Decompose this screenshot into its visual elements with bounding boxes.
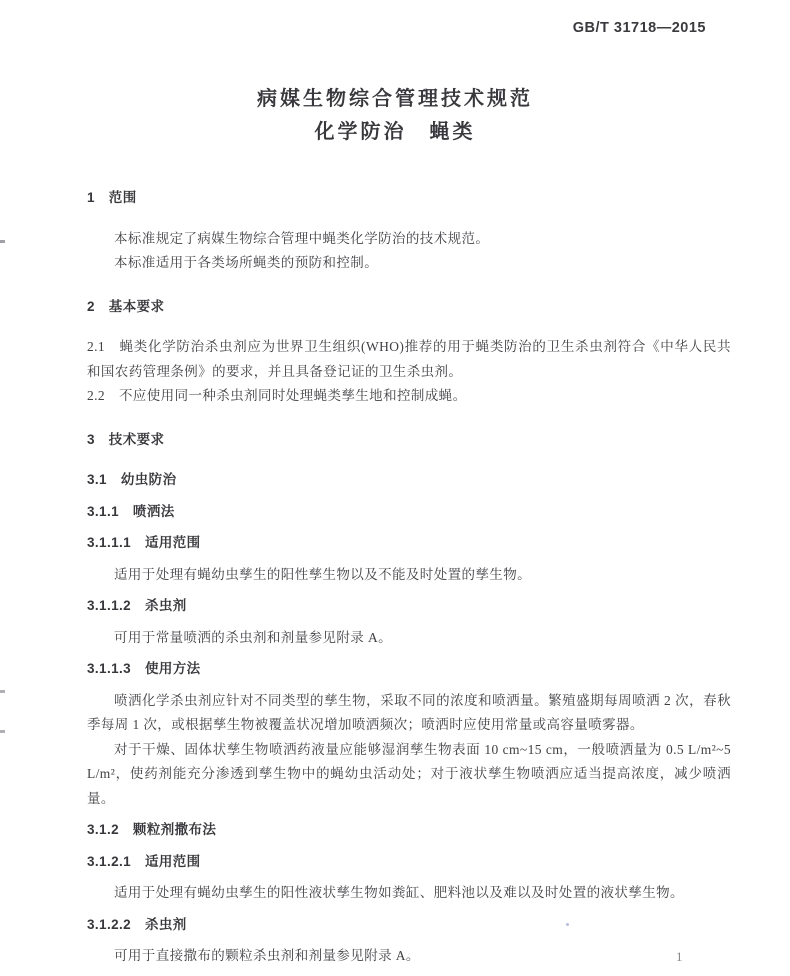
heading-3-1-larva-control: 3.1 幼虫防治	[87, 468, 731, 493]
para-3-1-1-1: 适用于处理有蝇幼虫孳生的阳性孳生物以及不能及时处置的孳生物。	[87, 563, 731, 588]
scan-artifact	[0, 730, 5, 733]
para-3-1-1-2: 可用于常量喷洒的杀虫剂和剂量参见附录 A。	[87, 626, 731, 651]
doc-title: 病媒生物综合管理技术规范	[0, 86, 790, 112]
scan-artifact	[0, 690, 5, 693]
heading-3-1-1-2-insecticide: 3.1.1.2 杀虫剂	[87, 594, 731, 619]
para-3-1-2-1: 适用于处理有蝇幼虫孳生的阳性液状孳生物如粪缸、肥料池以及难以及时处置的液状孳生物…	[87, 881, 731, 906]
heading-1-scope: 1 范围	[87, 186, 731, 211]
para-3-1-1-3-b: 对于干燥、固体状孳生物喷洒药液量应能够湿润孳生物表面 10 cm~15 cm，一…	[87, 738, 731, 812]
para-scope-2: 本标准适用于各类场所蝇类的预防和控制。	[87, 251, 731, 276]
para-scope-1: 本标准规定了病媒生物综合管理中蝇类化学防治的技术规范。	[87, 227, 731, 252]
para-2-2: 2.2 不应使用同一种杀虫剂同时处理蝇类孳生地和控制成蝇。	[87, 384, 731, 409]
heading-3-1-1-3-usage: 3.1.1.3 使用方法	[87, 657, 731, 682]
heading-2-basic-requirements: 2 基本要求	[87, 295, 731, 320]
scan-artifact	[0, 240, 5, 243]
para-2-1: 2.1 蝇类化学防治杀虫剂应为世界卫生组织(WHO)推荐的用于蝇类防治的卫生杀虫…	[87, 335, 731, 384]
document-page: GB/T 31718—2015 病媒生物综合管理技术规范 化学防治 蝇类 1 范…	[0, 0, 790, 976]
heading-3-1-2-granule-method: 3.1.2 颗粒剂撒布法	[87, 818, 731, 843]
heading-3-1-1-1-scope: 3.1.1.1 适用范围	[87, 531, 731, 556]
document-body: 1 范围 本标准规定了病媒生物综合管理中蝇类化学防治的技术规范。 本标准适用于各…	[87, 186, 731, 969]
heading-3-1-2-1-scope: 3.1.2.1 适用范围	[87, 850, 731, 875]
title-block: 病媒生物综合管理技术规范 化学防治 蝇类	[0, 86, 790, 145]
heading-3-1-1-spray-method: 3.1.1 喷洒法	[87, 500, 731, 525]
heading-3-technical-requirements: 3 技术要求	[87, 428, 731, 453]
standard-code: GB/T 31718—2015	[573, 20, 706, 36]
page-number: 1	[676, 949, 683, 965]
scan-artifact-speck	[566, 923, 569, 926]
para-3-1-1-3-a: 喷洒化学杀虫剂应针对不同类型的孳生物，采取不同的浓度和喷洒量。繁殖盛期每周喷洒 …	[87, 689, 731, 738]
para-3-1-2-2: 可用于直接撒布的颗粒杀虫剂和剂量参见附录 A。	[87, 944, 731, 969]
doc-subtitle: 化学防治 蝇类	[0, 119, 790, 145]
heading-3-1-2-2-insecticide: 3.1.2.2 杀虫剂	[87, 913, 731, 938]
